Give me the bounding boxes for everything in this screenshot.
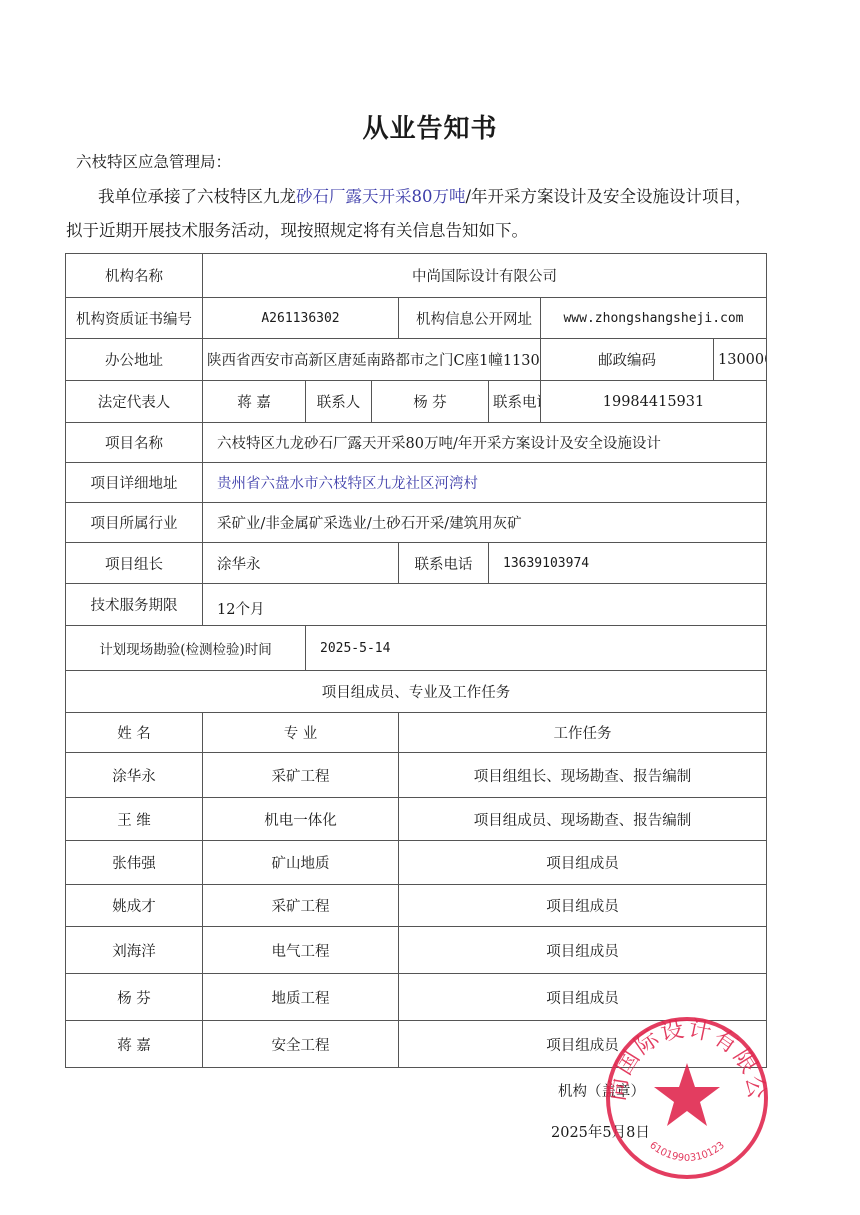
header-major: 专 业 (203, 713, 399, 753)
legal-rep-value: 蒋 嘉 (203, 381, 306, 423)
member-name: 王 维 (66, 798, 203, 841)
member-task: 项目组成员、现场勘查、报告编制 (399, 798, 767, 841)
member-major: 采矿工程 (203, 885, 399, 927)
member-name: 刘海洋 (66, 927, 203, 974)
row-survey-time: 计划现场勘验(检测检验)时间 2025-5-14 (66, 626, 767, 671)
row-cert: 机构资质证书编号 A261136302 机构信息公开网址 www.zhongsh… (66, 298, 767, 339)
member-row: 杨 芬 地质工程 项目组成员 (66, 974, 767, 1021)
member-name: 张伟强 (66, 841, 203, 885)
member-major: 安全工程 (203, 1021, 399, 1068)
member-task: 项目组组长、现场勘查、报告编制 (399, 753, 767, 798)
members-header-row: 姓 名 专 业 工作任务 (66, 713, 767, 753)
member-task: 项目组成员 (399, 974, 767, 1021)
website-label: 机构信息公开网址 (399, 298, 541, 339)
contact-value: 杨 芬 (372, 381, 489, 423)
industry-value: 采矿业/非金属矿采选业/土砂石开采/建筑用灰矿 (203, 503, 767, 543)
row-org-name: 机构名称 中尚国际设计有限公司 (66, 254, 767, 298)
org-name-label: 机构名称 (66, 254, 203, 298)
office-address-value: 陕西省西安市高新区唐延南路都市之门C座1幢11305室 (203, 339, 541, 381)
row-leader: 项目组长 涂华永 联系电话 13639103974 (66, 543, 767, 584)
member-row: 刘海洋 电气工程 项目组成员 (66, 927, 767, 974)
office-address-label: 办公地址 (66, 339, 203, 381)
service-period-label: 技术服务期限 (66, 584, 203, 626)
addressee: 六枝特区应急管理局： (76, 150, 231, 172)
member-row: 张伟强 矿山地质 项目组成员 (66, 841, 767, 885)
intro-text-highlight: 砂石厂露天开采80万吨 (296, 187, 466, 206)
project-name-value: 六枝特区九龙砂石厂露天开采80万吨/年开采方案设计及安全设施设计 (203, 423, 767, 463)
survey-time-value: 2025-5-14 (306, 626, 767, 671)
header-task: 工作任务 (399, 713, 767, 753)
legal-rep-label: 法定代表人 (66, 381, 203, 423)
row-industry: 项目所属行业 采矿业/非金属矿采选业/土砂石开采/建筑用灰矿 (66, 503, 767, 543)
contact-label: 联系人 (306, 381, 372, 423)
company-seal-icon: 中尚国际设计有限公司 6101990310123 (604, 1015, 770, 1181)
member-task: 项目组成员 (399, 927, 767, 974)
row-service-period: 技术服务期限 12个月 (66, 584, 767, 626)
leader-phone-label: 联系电话 (399, 543, 489, 584)
contact-phone-label: 联系电话 (489, 381, 541, 423)
notification-form-table: 机构名称 中尚国际设计有限公司 机构资质证书编号 A261136302 机构信息… (65, 253, 767, 1068)
leader-value: 涂华永 (203, 543, 399, 584)
intro-paragraph: 我单位承接了六枝特区九龙砂石厂露天开采80万吨/年开采方案设计及安全设施设计项目… (66, 180, 766, 248)
row-project-name: 项目名称 六枝特区九龙砂石厂露天开采80万吨/年开采方案设计及安全设施设计 (66, 423, 767, 463)
member-major: 矿山地质 (203, 841, 399, 885)
member-name: 姚成才 (66, 885, 203, 927)
cert-no-value: A261136302 (203, 298, 399, 339)
industry-label: 项目所属行业 (66, 503, 203, 543)
leader-label: 项目组长 (66, 543, 203, 584)
header-name: 姓 名 (66, 713, 203, 753)
row-legal-rep: 法定代表人 蒋 嘉 联系人 杨 芬 联系电话 19984415931 (66, 381, 767, 423)
project-address-label: 项目详细地址 (66, 463, 203, 503)
contact-phone-value: 19984415931 (541, 381, 767, 423)
members-section-title: 项目组成员、专业及工作任务 (66, 671, 767, 713)
member-name: 杨 芬 (66, 974, 203, 1021)
member-name: 涂华永 (66, 753, 203, 798)
member-major: 机电一体化 (203, 798, 399, 841)
service-period-value: 12个月 (203, 584, 767, 626)
survey-time-label: 计划现场勘验(检测检验)时间 (66, 626, 306, 671)
website-value: www.zhongshangsheji.com (541, 298, 767, 339)
org-name-value: 中尚国际设计有限公司 (203, 254, 767, 298)
postcode-value: 130000 (714, 339, 767, 381)
member-name: 蒋 嘉 (66, 1021, 203, 1068)
postcode-label: 邮政编码 (541, 339, 714, 381)
member-major: 电气工程 (203, 927, 399, 974)
member-row: 涂华永 采矿工程 项目组组长、现场勘查、报告编制 (66, 753, 767, 798)
row-members-section-title: 项目组成员、专业及工作任务 (66, 671, 767, 713)
svg-text:6101990310123: 6101990310123 (647, 1140, 727, 1164)
member-task: 项目组成员 (399, 885, 767, 927)
row-project-address: 项目详细地址 贵州省六盘水市六枝特区九龙社区河湾村 (66, 463, 767, 503)
row-office: 办公地址 陕西省西安市高新区唐延南路都市之门C座1幢11305室 邮政编码 13… (66, 339, 767, 381)
member-row: 王 维 机电一体化 项目组成员、现场勘查、报告编制 (66, 798, 767, 841)
member-major: 采矿工程 (203, 753, 399, 798)
document-title: 从业告知书 (0, 108, 860, 145)
member-task: 项目组成员 (399, 841, 767, 885)
cert-no-label: 机构资质证书编号 (66, 298, 203, 339)
member-major: 地质工程 (203, 974, 399, 1021)
leader-phone-value: 13639103974 (489, 543, 767, 584)
member-row: 姚成才 采矿工程 项目组成员 (66, 885, 767, 927)
project-name-label: 项目名称 (66, 423, 203, 463)
project-address-value: 贵州省六盘水市六枝特区九龙社区河湾村 (203, 463, 767, 503)
intro-text-1: 我单位承接了六枝特区九龙 (98, 187, 296, 206)
